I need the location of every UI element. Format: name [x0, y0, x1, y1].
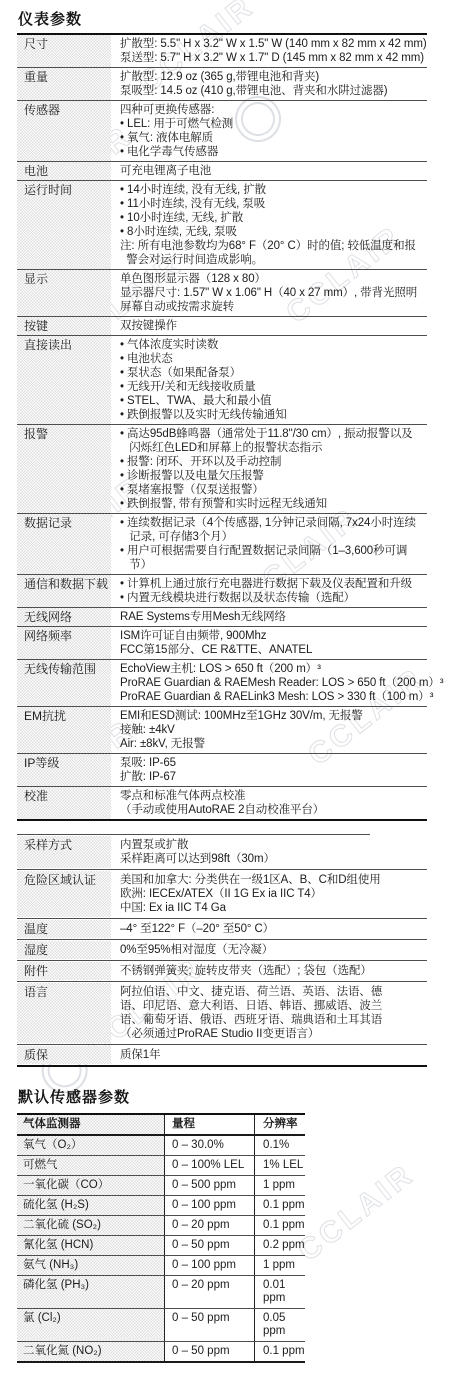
- sensor-cell-range: 0 – 20 ppm: [165, 1276, 255, 1308]
- environment-spec-table: 采样方式内置泵或扩散采样距离可以达到98ft（30m）危险区域认证美国和加拿大:…: [17, 835, 427, 1067]
- spec-row-label: 尺寸: [17, 35, 111, 67]
- sensor-cell-gas: 磷化氢 (PH₃): [17, 1276, 165, 1308]
- spec-row: 直接读出• 气体浓度实时读数• 电池状态• 泵状态（如果配备泵）• 无线开/关和…: [17, 336, 427, 425]
- spec-row: IP等级泵吸: IP-65扩散: IP-67: [17, 754, 427, 787]
- spec-row-value: –4° 至122° F（–20° 至50° C）: [120, 920, 427, 938]
- sensor-row: 可燃气0 – 100% LEL1% LEL: [17, 1156, 305, 1176]
- spec-line: RAE Systems专用Mesh无线网络: [120, 610, 427, 624]
- spec-row-label: 显示: [17, 270, 111, 316]
- spec-line: • 诊断报警以及电量欠压报警: [120, 469, 427, 483]
- spec-line: • 电池状态: [120, 352, 427, 366]
- spec-row-value: 四种可更换传感器:• LEL: 用于可燃气检测• 氧气: 液体电解质• 电化学毒…: [120, 101, 427, 161]
- spec-row-value: • 连续数据记录（4个传感器, 1分钟记录间隔, 7x24小时连续 记录, 可存…: [120, 514, 427, 574]
- spec-line: • 跌倒报警以及实时无线传输通知: [120, 408, 427, 422]
- spec-line: • 高达95dB蜂鸣器（通常处于11.8"/30 cm）, 振动报警以及: [120, 427, 427, 441]
- spec-row: 湿度0%至95%相对湿度（无冷凝）: [17, 940, 427, 961]
- spec-row: 校准零点和标准气体两点校准（手动或使用AutoRAE 2自动校准平台）: [17, 787, 427, 821]
- sensor-cell-range: 0 – 20 ppm: [165, 1216, 255, 1235]
- sensor-row: 氨气 (NH₃)0 – 100 ppm1 ppm: [17, 1256, 305, 1276]
- spec-line: FCC第15部分、CE R&TTE、ANATEL: [120, 643, 427, 657]
- spec-line: ISM许可证自由频带, 900Mhz: [120, 629, 427, 643]
- spec-line: • 11小时连续, 没有无线, 泵吸: [120, 197, 427, 211]
- spec-line: EMI和ESD测试: 100MHz至1GHz 30V/m, 无报警: [120, 709, 427, 723]
- sensor-cell-gas: 一氧化碳（CO）: [17, 1176, 165, 1195]
- spec-row: 网络频率ISM许可证自由频带, 900MhzFCC第15部分、CE R&TTE、…: [17, 627, 427, 660]
- sensor-cell-resolution: 0.1 ppm: [255, 1342, 305, 1361]
- sensor-row: 氰化氢 (HCN)0 – 50 ppm0.2 ppm: [17, 1236, 305, 1256]
- spec-row-label: 重量: [17, 68, 111, 100]
- spec-row-label: 报警: [17, 425, 111, 513]
- spec-row: 温度–4° 至122° F（–20° 至50° C）: [17, 919, 427, 940]
- sensor-cell-gas: 硫化氢 (H₂S): [17, 1196, 165, 1215]
- spec-line: 单色图形显示器（128 x 80）: [120, 272, 427, 286]
- spec-row-label: 质保: [17, 1046, 111, 1064]
- sensor-row: 二氧化氮 (NO₂)0 – 50 ppm0.1 ppm: [17, 1342, 305, 1361]
- spec-row-label: 湿度: [17, 941, 111, 959]
- spec-row: 运行时间• 14小时连续, 没有无线, 扩散• 11小时连续, 没有无线, 泵吸…: [17, 181, 427, 270]
- spec-row-label: 无线网络: [17, 608, 111, 626]
- spec-row-label: 附件: [17, 962, 111, 980]
- spec-row-label: 直接读出: [17, 336, 111, 424]
- spec-line: 可充电锂离子电池: [120, 164, 427, 178]
- spec-line: • 计算机上通过旅行充电器进行数据下载及仪表配置和升级: [120, 577, 427, 591]
- sensor-cell-gas: 氧气（O₂）: [17, 1136, 165, 1155]
- spec-line: 四种可更换传感器:: [120, 103, 427, 117]
- spec-row-value: 扩散型: 12.9 oz (365 g,带锂电池和背夹)泵吸型: 14.5 oz…: [120, 68, 427, 100]
- spec-row-label: 危险区域认证: [17, 871, 111, 917]
- spec-row-value: EchoView主机: LOS > 650 ft（200 m）³ProRAE G…: [120, 660, 427, 706]
- spec-line: • 电化学毒气传感器: [120, 145, 427, 159]
- spec-line: ProRAE Guardian & RAELink3 Mesh: LOS > 3…: [120, 690, 427, 704]
- spec-line: 警会对运行时间造成影响。: [120, 253, 427, 267]
- sensor-header-resolution: 分辨率: [255, 1115, 305, 1134]
- watermark: CCLAIR: [292, 1157, 421, 1268]
- instrument-spec-table: 尺寸扩散型: 5.5" H x 3.2" W x 1.5" W (140 mm …: [17, 33, 427, 821]
- spec-row: 显示单色图形显示器（128 x 80）显示器尺寸: 1.57" W x 1.06…: [17, 270, 427, 317]
- spec-line: 泵吸型: 14.5 oz (410 g,带锂电池、背夹和水阱过滤器): [120, 84, 427, 98]
- sensor-header-gas: 气体监测器: [17, 1115, 165, 1134]
- spec-row-value: • 计算机上通过旅行充电器进行数据下载及仪表配置和升级• 内置无线模块进行数据以…: [120, 575, 427, 607]
- spec-line: 记录, 可存储3个月）: [120, 530, 427, 544]
- spec-row-value: 质保1年: [120, 1046, 427, 1064]
- spec-line: • 气体浓度实时读数: [120, 338, 427, 352]
- section-title-instrument-parameters: 仪表参数: [18, 8, 82, 29]
- spec-row: 重量扩散型: 12.9 oz (365 g,带锂电池和背夹)泵吸型: 14.5 …: [17, 68, 427, 101]
- spec-row-label: 采样方式: [17, 836, 111, 868]
- spec-line: 语、印尼语、意大利语、日语、韩语、挪威语、波兰: [120, 999, 427, 1013]
- sensor-row: 氧气（O₂）0 – 30.0%0.1%: [17, 1136, 305, 1156]
- spec-row: 按键双按键操作: [17, 317, 427, 336]
- spec-line: 屏幕自动或按需求旋转: [120, 300, 427, 314]
- spec-row-label: 数据记录: [17, 514, 111, 574]
- sensor-cell-range: 0 – 50 ppm: [165, 1236, 255, 1255]
- sensor-cell-gas: 氰化氢 (HCN): [17, 1236, 165, 1255]
- spec-line: 0%至95%相对湿度（无冷凝）: [120, 943, 427, 957]
- spec-line: • 用户可根据需要自行配置数据记录间隔（1–3,600秒可调: [120, 544, 427, 558]
- spec-row: 电池可充电锂离子电池: [17, 162, 427, 181]
- spec-row: 数据记录• 连续数据记录（4个传感器, 1分钟记录间隔, 7x24小时连续 记录…: [17, 514, 427, 575]
- sensor-cell-gas: 氯 (Cl₂): [17, 1309, 165, 1341]
- sensor-cell-resolution: 1 ppm: [255, 1256, 305, 1275]
- spec-row-value: 泵吸: IP-65扩散: IP-67: [120, 754, 427, 786]
- spec-row-label: 运行时间: [17, 181, 111, 269]
- spec-line: 泵送型: 5.7" H x 3.2" W x 1.7" D (145 mm x …: [120, 51, 427, 65]
- spec-line: 不锈钢弹簧夹; 旋转皮带夹（选配）; 袋包（选配）: [120, 964, 427, 978]
- spec-line: ProRAE Guardian & RAEMesh Reader: LOS > …: [120, 676, 427, 690]
- spec-row-value: 内置泵或扩散采样距离可以达到98ft（30m）: [120, 836, 427, 868]
- sensor-cell-range: 0 – 30.0%: [165, 1136, 255, 1155]
- spec-line: 零点和标准气体两点校准: [120, 789, 427, 803]
- sensor-row: 二氧化硫 (SO₂)0 – 20 ppm0.1 ppm: [17, 1216, 305, 1236]
- sensor-cell-resolution: 0.2 ppm: [255, 1236, 305, 1255]
- spec-row-value: • 高达95dB蜂鸣器（通常处于11.8"/30 cm）, 振动报警以及 闪烁红…: [120, 425, 427, 513]
- spec-line: 质保1年: [120, 1048, 427, 1062]
- spec-line: • 泵状态（如果配备泵）: [120, 366, 427, 380]
- spec-row-value: 美国和加拿大: 分类供在一级1区A、B、C和D组使用欧洲: IECEx/ATEX…: [120, 871, 427, 917]
- spec-row-value: 可充电锂离子电池: [120, 162, 427, 180]
- spec-line: 注: 所有电池参数均为68° F（20° C）时的值; 较低温度和报: [120, 239, 427, 253]
- spec-line: • 内置无线模块进行数据以及状态传输（选配）: [120, 591, 427, 605]
- spec-line: • 泵堵塞报警（仅泵送报警）: [120, 483, 427, 497]
- spec-row: 尺寸扩散型: 5.5" H x 3.2" W x 1.5" W (140 mm …: [17, 35, 427, 68]
- spec-row-value: EMI和ESD测试: 100MHz至1GHz 30V/m, 无报警接触: ±4k…: [120, 707, 427, 753]
- sensor-row: 硫化氢 (H₂S)0 – 100 ppm0.1 ppm: [17, 1196, 305, 1216]
- spec-row: 附件不锈钢弹簧夹; 旋转皮带夹（选配）; 袋包（选配）: [17, 961, 427, 982]
- spec-row-value: 单色图形显示器（128 x 80）显示器尺寸: 1.57" W x 1.06" …: [120, 270, 427, 316]
- spec-row: 报警• 高达95dB蜂鸣器（通常处于11.8"/30 cm）, 振动报警以及 闪…: [17, 425, 427, 514]
- sensor-header-range: 量程: [165, 1115, 255, 1134]
- sensor-cell-range: 0 – 100 ppm: [165, 1256, 255, 1275]
- spec-line: –4° 至122° F（–20° 至50° C）: [120, 922, 427, 936]
- sensor-cell-range: 0 – 50 ppm: [165, 1342, 255, 1361]
- spec-line: Air: ±8kV, 无报警: [120, 737, 427, 751]
- spec-sheet-page: CCLAIR CCLAIR CCLAIR CCLAIR CCLAIR CCLAI…: [0, 0, 471, 1376]
- spec-row-value: 0%至95%相对湿度（无冷凝）: [120, 941, 427, 959]
- sensor-cell-resolution: 1% LEL: [255, 1156, 305, 1175]
- spec-line: 节）: [120, 558, 427, 572]
- spec-row-value: 双按键操作: [120, 317, 427, 335]
- spec-line: 接触: ±4kV: [120, 723, 427, 737]
- spec-line: 欧洲: IECEx/ATEX（II 1G Ex ia IIC T4）: [120, 887, 427, 901]
- spec-line: 中国: Ex ia IIC T4 Ga: [120, 901, 427, 915]
- sensor-cell-range: 0 – 100 ppm: [165, 1196, 255, 1215]
- spec-line: 语、葡萄牙语、俄语、西班牙语、瑞典语和土耳其语: [120, 1013, 427, 1027]
- spec-row: 采样方式内置泵或扩散采样距离可以达到98ft（30m）: [17, 835, 427, 870]
- spec-line: 显示器尺寸: 1.57" W x 1.06" H（40 x 27 mm）, 带背…: [120, 286, 427, 300]
- spec-line: • LEL: 用于可燃气检测: [120, 117, 427, 131]
- spec-row: 通信和数据下载• 计算机上通过旅行充电器进行数据下载及仪表配置和升级• 内置无线…: [17, 575, 427, 608]
- spec-line: • 跌倒报警, 带有预警和实时远程无线通知: [120, 497, 427, 511]
- spec-line: 内置泵或扩散: [120, 838, 427, 852]
- sensor-cell-resolution: 0.1%: [255, 1136, 305, 1155]
- spec-row-label: 网络频率: [17, 627, 111, 659]
- spec-line: 扩散型: 5.5" H x 3.2" W x 1.5" W (140 mm x …: [120, 37, 427, 51]
- section-title-default-sensor-parameters: 默认传感器参数: [18, 1086, 130, 1107]
- spec-row: 无线网络RAE Systems专用Mesh无线网络: [17, 608, 427, 627]
- sensor-cell-resolution: 0.1 ppm: [255, 1196, 305, 1215]
- spec-row-label: EM抗扰: [17, 707, 111, 753]
- spec-line: 扩散型: 12.9 oz (365 g,带锂电池和背夹): [120, 70, 427, 84]
- spec-row-label: 校准: [17, 787, 111, 819]
- sensor-cell-gas: 氨气 (NH₃): [17, 1256, 165, 1275]
- spec-line: 美国和加拿大: 分类供在一级1区A、B、C和D组使用: [120, 873, 427, 887]
- sensor-cell-resolution: 0.1 ppm: [255, 1216, 305, 1235]
- sensor-cell-resolution: 1 ppm: [255, 1176, 305, 1195]
- spec-row-value: 不锈钢弹簧夹; 旋转皮带夹（选配）; 袋包（选配）: [120, 962, 427, 980]
- spec-line: 扩散: IP-67: [120, 770, 427, 784]
- spec-row: 传感器四种可更换传感器:• LEL: 用于可燃气检测• 氧气: 液体电解质• 电…: [17, 101, 427, 162]
- sensor-row: 一氧化碳（CO）0 – 500 ppm1 ppm: [17, 1176, 305, 1196]
- sensor-row: 氯 (Cl₂)0 – 50 ppm0.05 ppm: [17, 1309, 305, 1342]
- spec-line: 泵吸: IP-65: [120, 756, 427, 770]
- sensor-cell-resolution: 0.05 ppm: [255, 1309, 305, 1341]
- spec-row-label: 温度: [17, 920, 111, 938]
- spec-row: 无线传输范围EchoView主机: LOS > 650 ft（200 m）³Pr…: [17, 660, 427, 707]
- spec-line: • 氧气: 液体电解质: [120, 131, 427, 145]
- spec-row-value: • 气体浓度实时读数• 电池状态• 泵状态（如果配备泵）• 无线开/关和无线接收…: [120, 336, 427, 424]
- spec-line: 闪烁红色LED和屏幕上的报警状态指示: [120, 441, 427, 455]
- sensor-cell-range: 0 – 500 ppm: [165, 1176, 255, 1195]
- spec-row-value: RAE Systems专用Mesh无线网络: [120, 608, 427, 626]
- spec-row: 危险区域认证美国和加拿大: 分类供在一级1区A、B、C和D组使用欧洲: IECE…: [17, 870, 427, 919]
- spec-line: 双按键操作: [120, 319, 427, 333]
- sensor-cell-gas: 二氧化硫 (SO₂): [17, 1216, 165, 1235]
- spec-line: （必须通过ProRAE Studio II变更语言）: [120, 1027, 427, 1041]
- spec-line: （手动或使用AutoRAE 2自动校准平台）: [120, 803, 427, 817]
- sensor-cell-resolution: 0.01 ppm: [255, 1276, 305, 1308]
- sensor-table: 气体监测器量程分辨率氧气（O₂）0 – 30.0%0.1%可燃气0 – 100%…: [17, 1113, 305, 1363]
- spec-row-value: • 14小时连续, 没有无线, 扩散• 11小时连续, 没有无线, 泵吸• 10…: [120, 181, 427, 269]
- spec-line: • 连续数据记录（4个传感器, 1分钟记录间隔, 7x24小时连续: [120, 516, 427, 530]
- spec-row-label: 电池: [17, 162, 111, 180]
- spec-line: • 8小时连续, 无线, 泵吸: [120, 225, 427, 239]
- spec-row-value: 零点和标准气体两点校准（手动或使用AutoRAE 2自动校准平台）: [120, 787, 427, 819]
- spec-row-label: 无线传输范围: [17, 660, 111, 706]
- spec-row-label: 按键: [17, 317, 111, 335]
- sensor-table-header-row: 气体监测器量程分辨率: [17, 1115, 305, 1136]
- spec-line: 采样距离可以达到98ft（30m）: [120, 852, 427, 866]
- spec-line: • 10小时连续, 无线, 扩散: [120, 211, 427, 225]
- spec-row: 质保质保1年: [17, 1045, 427, 1067]
- sensor-cell-gas: 二氧化氮 (NO₂): [17, 1342, 165, 1361]
- spec-row-value: 阿拉伯语、中文、捷克语、荷兰语、英语、法语、德语、印尼语、意大利语、日语、韩语、…: [120, 983, 427, 1043]
- spec-row-label: 传感器: [17, 101, 111, 161]
- spec-line: • 报警: 闭环、开环以及手动控制: [120, 455, 427, 469]
- spec-line: • 14小时连续, 没有无线, 扩散: [120, 183, 427, 197]
- spec-line: EchoView主机: LOS > 650 ft（200 m）³: [120, 662, 427, 676]
- sensor-cell-range: 0 – 50 ppm: [165, 1309, 255, 1341]
- spec-row-label: 通信和数据下载: [17, 575, 111, 607]
- spec-row: 语言阿拉伯语、中文、捷克语、荷兰语、英语、法语、德语、印尼语、意大利语、日语、韩…: [17, 982, 427, 1045]
- watermark-text: CCLAIR: [292, 1157, 421, 1268]
- sensor-cell-gas: 可燃气: [17, 1156, 165, 1175]
- spec-row-label: IP等级: [17, 754, 111, 786]
- sensor-row: 磷化氢 (PH₃)0 – 20 ppm0.01 ppm: [17, 1276, 305, 1309]
- spec-line: • 无线开/关和无线接收质量: [120, 380, 427, 394]
- spec-row-value: ISM许可证自由频带, 900MhzFCC第15部分、CE R&TTE、ANAT…: [120, 627, 427, 659]
- spec-row-value: 扩散型: 5.5" H x 3.2" W x 1.5" W (140 mm x …: [120, 35, 427, 67]
- sensor-cell-range: 0 – 100% LEL: [165, 1156, 255, 1175]
- spec-line: • STEL、TWA、最大和最小值: [120, 394, 427, 408]
- spec-row-label: 语言: [17, 983, 111, 1043]
- spec-line: 阿拉伯语、中文、捷克语、荷兰语、英语、法语、德: [120, 985, 427, 999]
- spec-row: EM抗扰EMI和ESD测试: 100MHz至1GHz 30V/m, 无报警接触:…: [17, 707, 427, 754]
